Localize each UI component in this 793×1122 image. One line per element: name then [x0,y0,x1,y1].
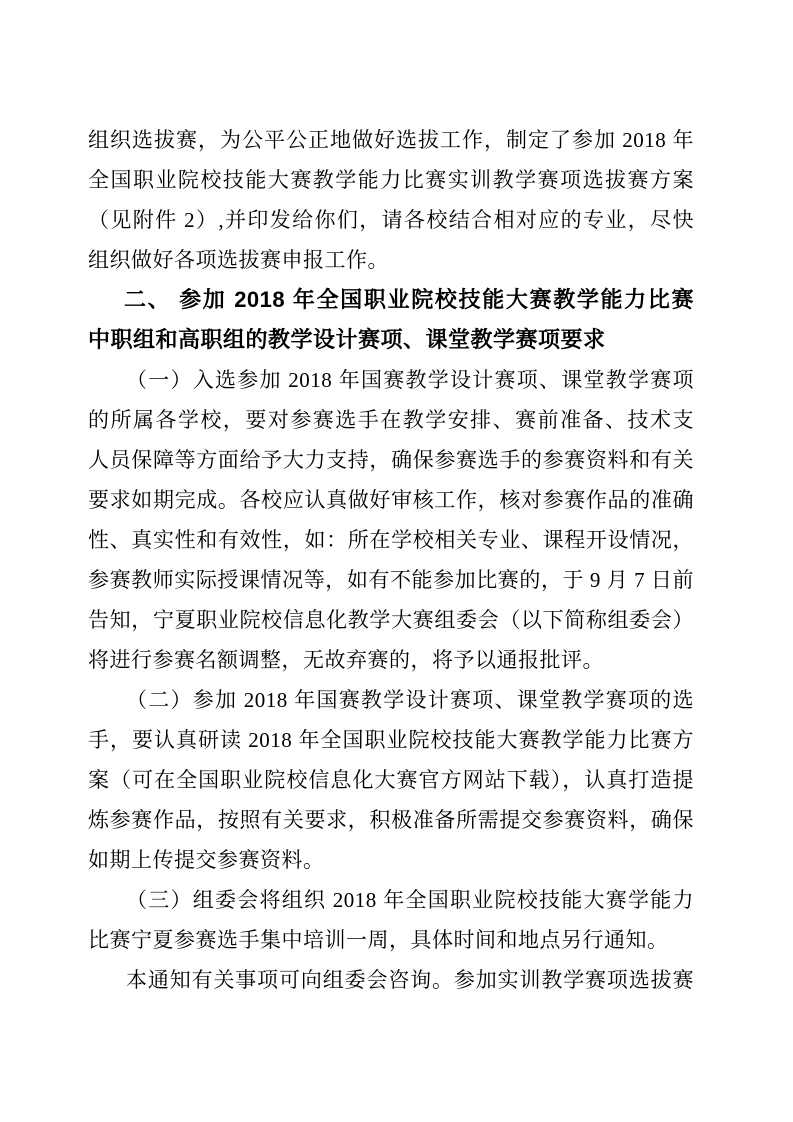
paragraph-closing: 本通知有关事项可向组委会咨询。参加实训教学赛项选拔赛 [88,960,694,1000]
document-line: 二、 参加 2018 年全国职业院校技能大赛教学能力比赛 [88,280,694,320]
document-line: 全国职业院校技能大赛教学能力比赛实训教学赛项选拔赛方案 [88,160,694,200]
document-line: 要求如期完成。各校应认真做好审核工作，核对参赛作品的准确 [88,480,694,520]
document-line: （见附件 2）,并印发给你们，请各校结合相对应的专业，尽快 [88,200,694,240]
document-line: 组织选拔赛，为公平公正地做好选拔工作，制定了参加 2018 年 [88,120,694,160]
paragraph-opening-continuation: 组织选拔赛，为公平公正地做好选拔工作，制定了参加 2018 年全国职业院校技能大… [88,120,694,280]
document-line: 案（可在全国职业院校信息化大赛官方网站下载），认真打造提 [88,760,694,800]
document-line: 告知，宁夏职业院校信息化教学大赛组委会（以下简称组委会） [88,600,694,640]
document-line: （三）组委会将组织 2018 年全国职业院校技能大赛学能力 [88,880,694,920]
paragraph-item-1: （一）入选参加 2018 年国赛教学设计赛项、课堂教学赛项的所属各学校，要对参赛… [88,360,694,680]
document-line: （一）入选参加 2018 年国赛教学设计赛项、课堂教学赛项 [88,360,694,400]
document-line: 如期上传提交参赛资料。 [88,840,694,880]
section-heading: 二、 参加 2018 年全国职业院校技能大赛教学能力比赛中职组和高职组的教学设计… [88,280,694,360]
document-line: 炼参赛作品，按照有关要求，积极准备所需提交参赛资料，确保 [88,800,694,840]
document-line: 人员保障等方面给予大力支持，确保参赛选手的参赛资料和有关 [88,440,694,480]
document-line: 参赛教师实际授课情况等，如有不能参加比赛的，于 9 月 7 日前 [88,560,694,600]
document-line: 比赛宁夏参赛选手集中培训一周，具体时间和地点另行通知。 [88,920,694,960]
paragraph-item-2: （二）参加 2018 年国赛教学设计赛项、课堂教学赛项的选手，要认真研读 201… [88,680,694,880]
document-line: 组织做好各项选拔赛申报工作。 [88,240,694,280]
document-line: 将进行参赛名额调整，无故弃赛的，将予以通报批评。 [88,640,694,680]
document-line: 本通知有关事项可向组委会咨询。参加实训教学赛项选拔赛 [88,960,694,1000]
document-line: 手，要认真研读 2018 年全国职业院校技能大赛教学能力比赛方 [88,720,694,760]
paragraph-item-3: （三）组委会将组织 2018 年全国职业院校技能大赛学能力比赛宁夏参赛选手集中培… [88,880,694,960]
document-page: 组织选拔赛，为公平公正地做好选拔工作，制定了参加 2018 年全国职业院校技能大… [0,0,793,1122]
document-line: 的所属各学校，要对参赛选手在教学安排、赛前准备、技术支持、 [88,400,694,440]
document-line: （二）参加 2018 年国赛教学设计赛项、课堂教学赛项的选 [88,680,694,720]
document-line: 性、真实性和有效性，如：所在学校相关专业、课程开设情况， [88,520,694,560]
document-content: 组织选拔赛，为公平公正地做好选拔工作，制定了参加 2018 年全国职业院校技能大… [88,120,694,1000]
document-line: 中职组和高职组的教学设计赛项、课堂教学赛项要求 [88,320,694,360]
